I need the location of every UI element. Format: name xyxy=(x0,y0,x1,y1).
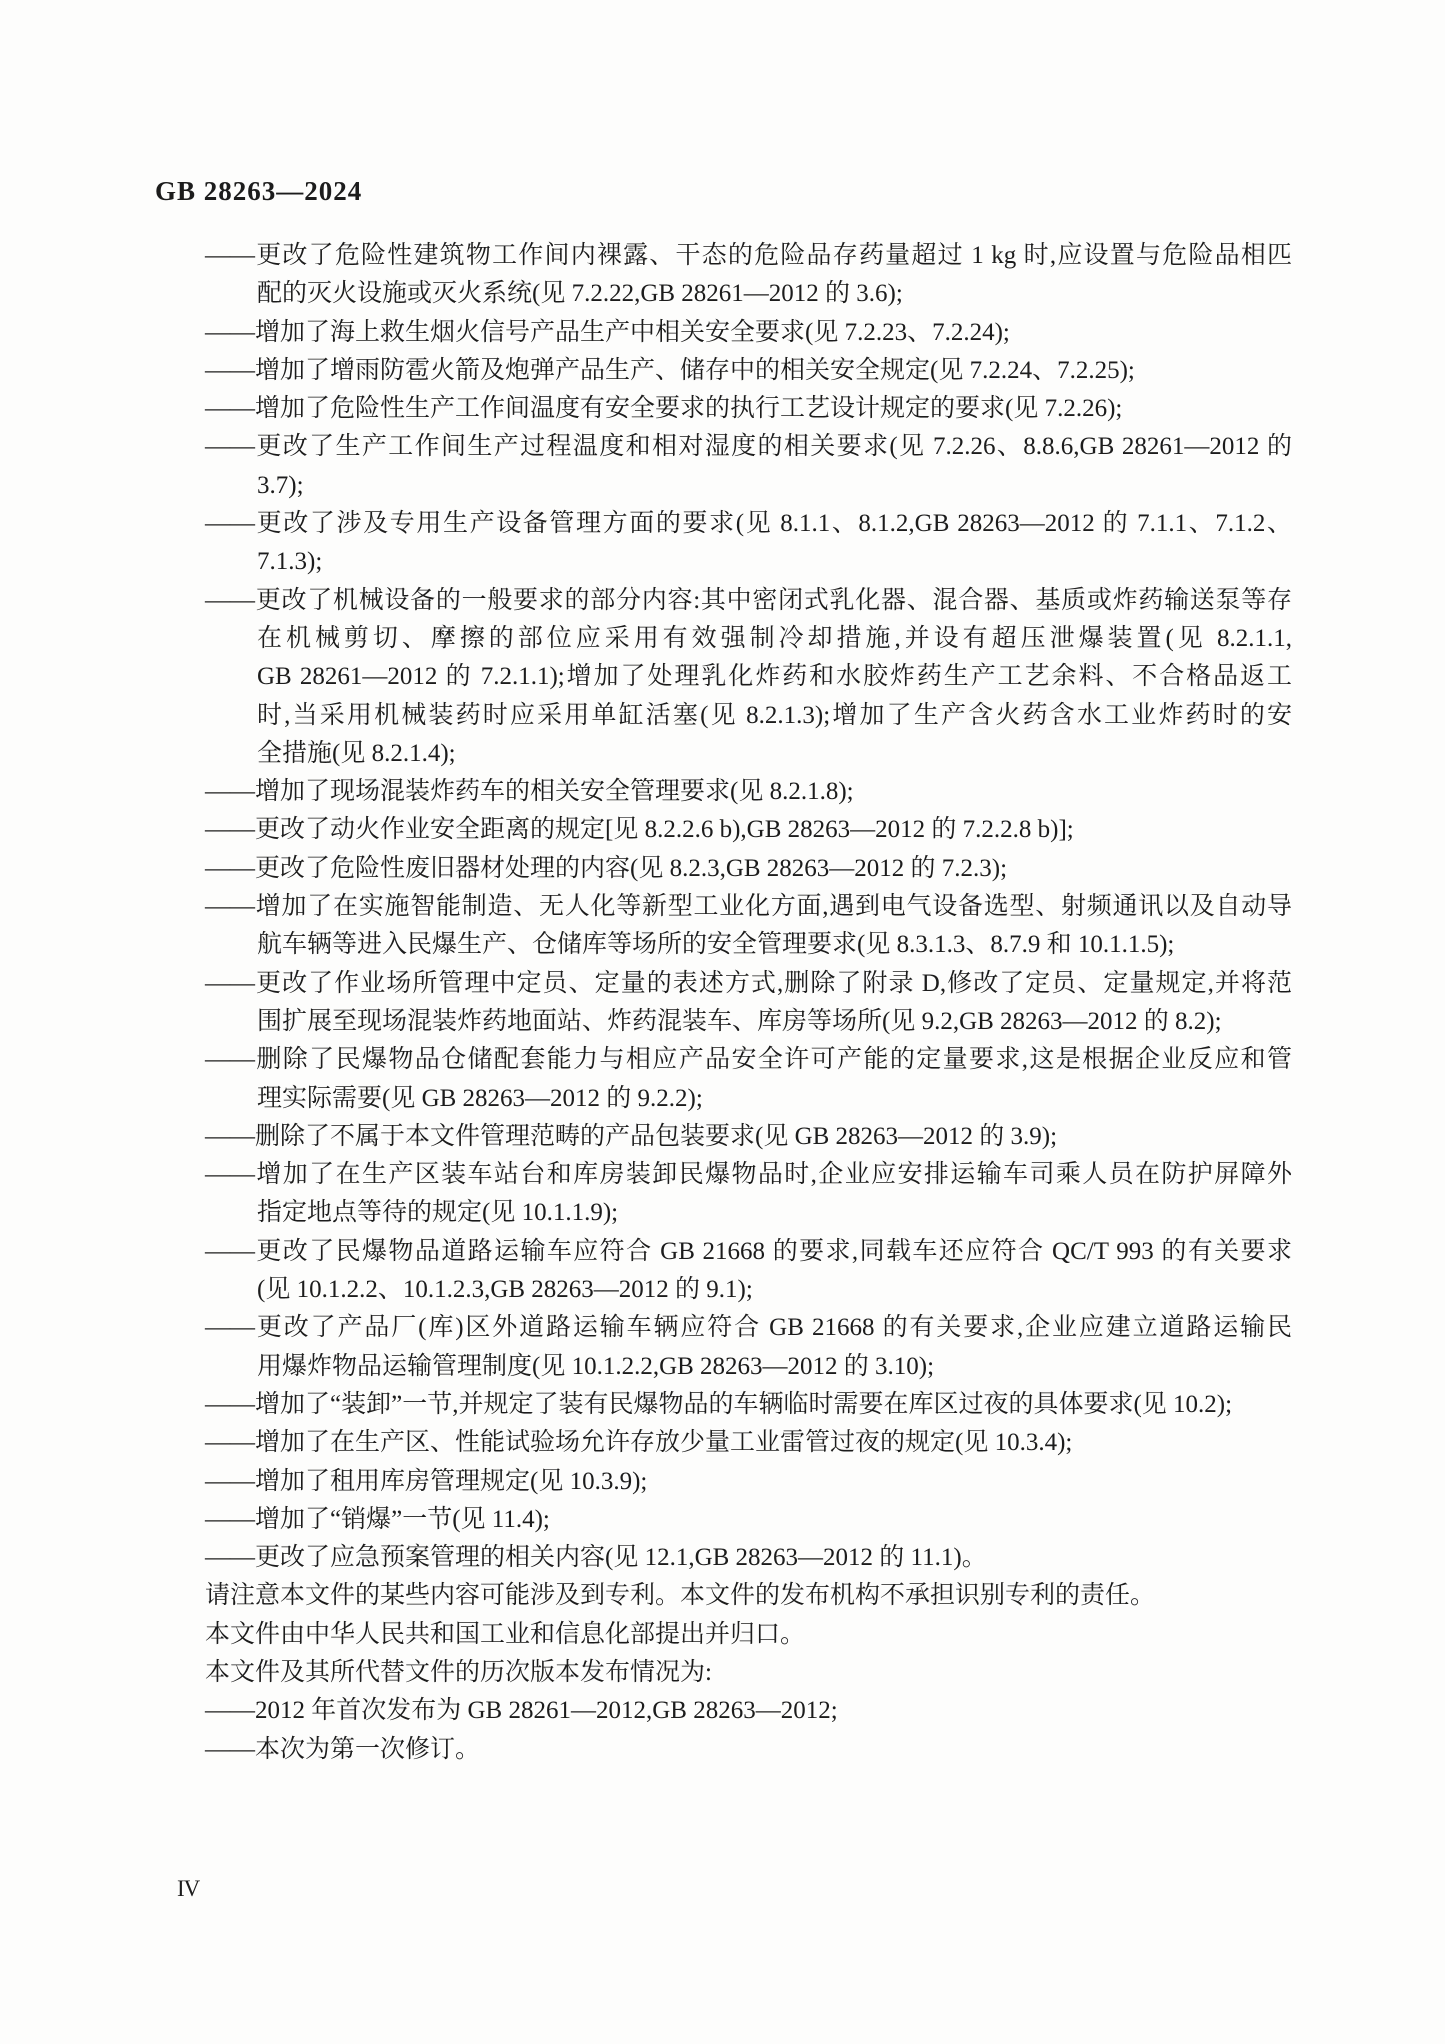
foreword-line: 配的灭火设施或灭火系统(见 7.2.22,GB 28261—2012 的 3.6… xyxy=(205,275,1292,313)
page-number: IV xyxy=(177,1876,199,1902)
foreword-line: ——增加了“销爆”一节(见 11.4); xyxy=(205,1501,1292,1539)
foreword-line: 指定地点等待的规定(见 10.1.1.9); xyxy=(205,1194,1292,1232)
foreword-line: ——删除了不属于本文件管理范畴的产品包装要求(见 GB 28263—2012 的… xyxy=(205,1118,1292,1156)
foreword-change-list: ——更改了危险性建筑物工作间内裸露、干态的危险品存药量超过 1 kg 时,应设置… xyxy=(205,237,1292,1769)
foreword-line: ——增加了在实施智能制造、无人化等新型工业化方面,遇到电气设备选型、射频通讯以及… xyxy=(205,888,1292,926)
foreword-line: ——更改了机械设备的一般要求的部分内容:其中密闭式乳化器、混合器、基质或炸药输送… xyxy=(205,582,1292,620)
foreword-line: ——更改了民爆物品道路运输车应符合 GB 21668 的要求,同载车还应符合 Q… xyxy=(205,1233,1292,1271)
foreword-line: 请注意本文件的某些内容可能涉及到专利。本文件的发布机构不承担识别专利的责任。 xyxy=(205,1577,1292,1615)
foreword-line: ——增加了在生产区、性能试验场允许存放少量工业雷管过夜的规定(见 10.3.4)… xyxy=(205,1424,1292,1462)
foreword-line: ——更改了危险性废旧器材处理的内容(见 8.2.3,GB 28263—2012 … xyxy=(205,850,1292,888)
foreword-line: ——增加了租用库房管理规定(见 10.3.9); xyxy=(205,1463,1292,1501)
foreword-line: 7.1.3); xyxy=(205,543,1292,581)
foreword-line: ——增加了现场混装炸药车的相关安全管理要求(见 8.2.1.8); xyxy=(205,773,1292,811)
foreword-line: 本文件及其所代替文件的历次版本发布情况为: xyxy=(205,1654,1292,1692)
foreword-line: ——删除了民爆物品仓储配套能力与相应产品安全许可产能的定量要求,这是根据企业反应… xyxy=(205,1041,1292,1079)
foreword-line: 时,当采用机械装药时应采用单缸活塞(见 8.2.1.3);增加了生产含火药含水工… xyxy=(205,697,1292,735)
foreword-line: 航车辆等进入民爆生产、仓储库等场所的安全管理要求(见 8.3.1.3、8.7.9… xyxy=(205,926,1292,964)
foreword-line: ——增加了在生产区装车站台和库房装卸民爆物品时,企业应安排运输车司乘人员在防护屏… xyxy=(205,1156,1292,1194)
foreword-line: ——更改了生产工作间生产过程温度和相对湿度的相关要求(见 7.2.26、8.8.… xyxy=(205,428,1292,466)
foreword-line: 3.7); xyxy=(205,467,1292,505)
foreword-line: ——更改了应急预案管理的相关内容(见 12.1,GB 28263—2012 的 … xyxy=(205,1539,1292,1577)
foreword-line: 本文件由中华人民共和国工业和信息化部提出并归口。 xyxy=(205,1616,1292,1654)
foreword-line: 用爆炸物品运输管理制度(见 10.1.2.2,GB 28263—2012 的 3… xyxy=(205,1348,1292,1386)
foreword-line: ——更改了作业场所管理中定员、定量的表述方式,删除了附录 D,修改了定员、定量规… xyxy=(205,965,1292,1003)
foreword-line: ——2012 年首次发布为 GB 28261—2012,GB 28263—201… xyxy=(205,1692,1292,1730)
foreword-line: ——更改了产品厂(库)区外道路运输车辆应符合 GB 21668 的有关要求,企业… xyxy=(205,1309,1292,1347)
foreword-line: ——更改了危险性建筑物工作间内裸露、干态的危险品存药量超过 1 kg 时,应设置… xyxy=(205,237,1292,275)
foreword-line: ——更改了涉及专用生产设备管理方面的要求(见 8.1.1、8.1.2,GB 28… xyxy=(205,505,1292,543)
foreword-line: 在机械剪切、摩擦的部位应采用有效强制冷却措施,并设有超压泄爆装置(见 8.2.1… xyxy=(205,620,1292,658)
foreword-line: ——本次为第一次修订。 xyxy=(205,1731,1292,1769)
foreword-line: ——增加了增雨防雹火箭及炮弹产品生产、储存中的相关安全规定(见 7.2.24、7… xyxy=(205,352,1292,390)
foreword-line: 全措施(见 8.2.1.4); xyxy=(205,735,1292,773)
foreword-line: ——增加了“装卸”一节,并规定了装有民爆物品的车辆临时需要在库区过夜的具体要求(… xyxy=(205,1386,1292,1424)
foreword-line: 围扩展至现场混装炸药地面站、炸药混装车、库房等场所(见 9.2,GB 28263… xyxy=(205,1003,1292,1041)
standard-number: GB 28263—2024 xyxy=(155,176,362,207)
foreword-line: ——增加了海上救生烟火信号产品生产中相关安全要求(见 7.2.23、7.2.24… xyxy=(205,314,1292,352)
foreword-line: ——增加了危险性生产工作间温度有安全要求的执行工艺设计规定的要求(见 7.2.2… xyxy=(205,390,1292,428)
foreword-line: 理实际需要(见 GB 28263—2012 的 9.2.2); xyxy=(205,1080,1292,1118)
foreword-line: ——更改了动火作业安全距离的规定[见 8.2.2.6 b),GB 28263—2… xyxy=(205,811,1292,849)
document-page: GB 28263—2024 ——更改了危险性建筑物工作间内裸露、干态的危险品存药… xyxy=(0,0,1445,2044)
foreword-line: (见 10.1.2.2、10.1.2.3,GB 28263—2012 的 9.1… xyxy=(205,1271,1292,1309)
foreword-line: GB 28261—2012 的 7.2.1.1);增加了处理乳化炸药和水胶炸药生… xyxy=(205,658,1292,696)
